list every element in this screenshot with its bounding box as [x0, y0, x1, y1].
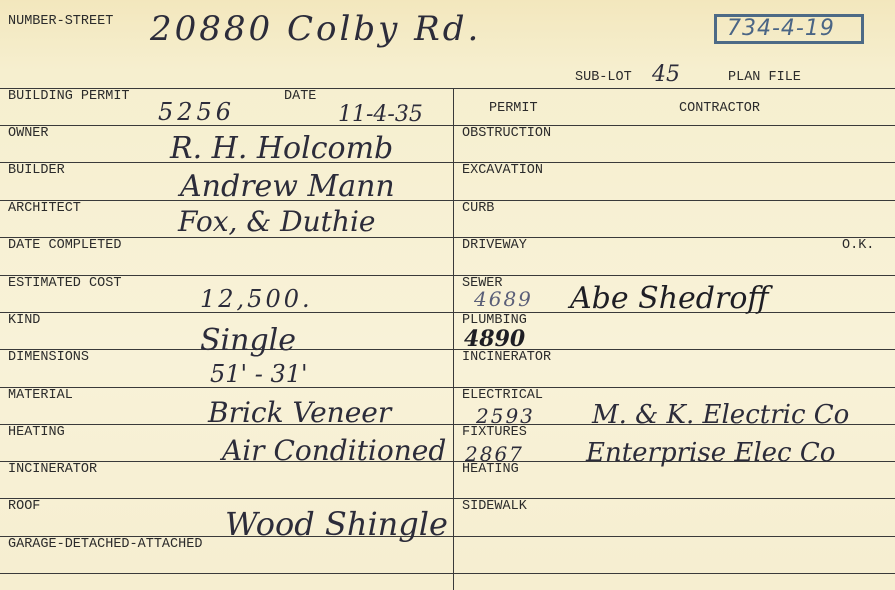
permit-card: NUMBER-STREET 20880 Colby Rd. 734-4-19 S… [0, 0, 895, 590]
estimated-cost-label: ESTIMATED COST [8, 277, 121, 291]
material-label: MATERIAL [8, 389, 73, 403]
garage-label: GARAGE-DETACHED-ATTACHED [8, 538, 202, 552]
file-number-stamp: 734-4-19 [714, 14, 864, 44]
sewer-permit-no: 4689 [474, 289, 533, 309]
sewer-contractor: Abe Shedroff [570, 284, 769, 314]
fixtures-contractor: Enterprise Elec Co [586, 440, 835, 466]
sub-lot-label: SUB-LOT [575, 71, 632, 85]
incinerator-permit-label: INCINERATOR [462, 351, 551, 365]
kind-label: KIND [8, 314, 40, 328]
contractor-header: CONTRACTOR [679, 102, 760, 116]
estimated-cost-value: 12,500. [200, 287, 313, 311]
material-value: Brick Veneer [208, 399, 391, 427]
plan-file-label: PLAN FILE [728, 71, 801, 85]
date-value: 11-4-35 [338, 104, 423, 126]
obstruction-label: OBSTRUCTION [462, 127, 551, 141]
electrical-permit-no: 2593 [476, 406, 535, 426]
fixtures-label: FIXTURES [462, 426, 527, 440]
plumbing-permit-no: 4890 [464, 328, 525, 350]
driveway-label: DRIVEWAY [462, 239, 527, 253]
owner-label: OWNER [8, 127, 49, 141]
roof-value: Wood Shingle [225, 508, 448, 540]
architect-label: ARCHITECT [8, 202, 81, 216]
dimensions-label: DIMENSIONS [8, 351, 89, 365]
sidewalk-label: SIDEWALK [462, 500, 527, 514]
fixtures-permit-no: 2867 [465, 444, 524, 464]
builder-value: Andrew Mann [180, 172, 395, 202]
building-permit-label: BUILDING PERMIT [8, 90, 130, 104]
heating-value: Air Conditioned [222, 437, 446, 465]
roof-label: ROOF [8, 500, 40, 514]
sub-lot-value: 45 [652, 64, 680, 86]
building-permit-value: 5256 [158, 100, 235, 124]
electrical-contractor: M. & K. Electric Co [592, 402, 849, 428]
owner-value: R. H. Holcomb [170, 134, 393, 164]
builder-label: BUILDER [8, 164, 65, 178]
electrical-label: ELECTRICAL [462, 389, 543, 403]
kind-value: Single [200, 326, 296, 356]
architect-value: Fox, & Duthie [178, 208, 375, 236]
excavation-label: EXCAVATION [462, 164, 543, 178]
heating-label: HEATING [8, 426, 65, 440]
curb-label: CURB [462, 202, 494, 216]
number-street-value: 20880 Colby Rd. [150, 12, 481, 46]
dimensions-value: 51' - 31' [210, 362, 308, 386]
number-street-label: NUMBER-STREET [8, 15, 113, 29]
date-completed-label: DATE COMPLETED [8, 239, 121, 253]
date-label: DATE [284, 90, 316, 104]
driveway-ok-note: O.K. [842, 239, 874, 253]
permit-header: PERMIT [489, 102, 538, 116]
incinerator-label: INCINERATOR [8, 463, 97, 477]
